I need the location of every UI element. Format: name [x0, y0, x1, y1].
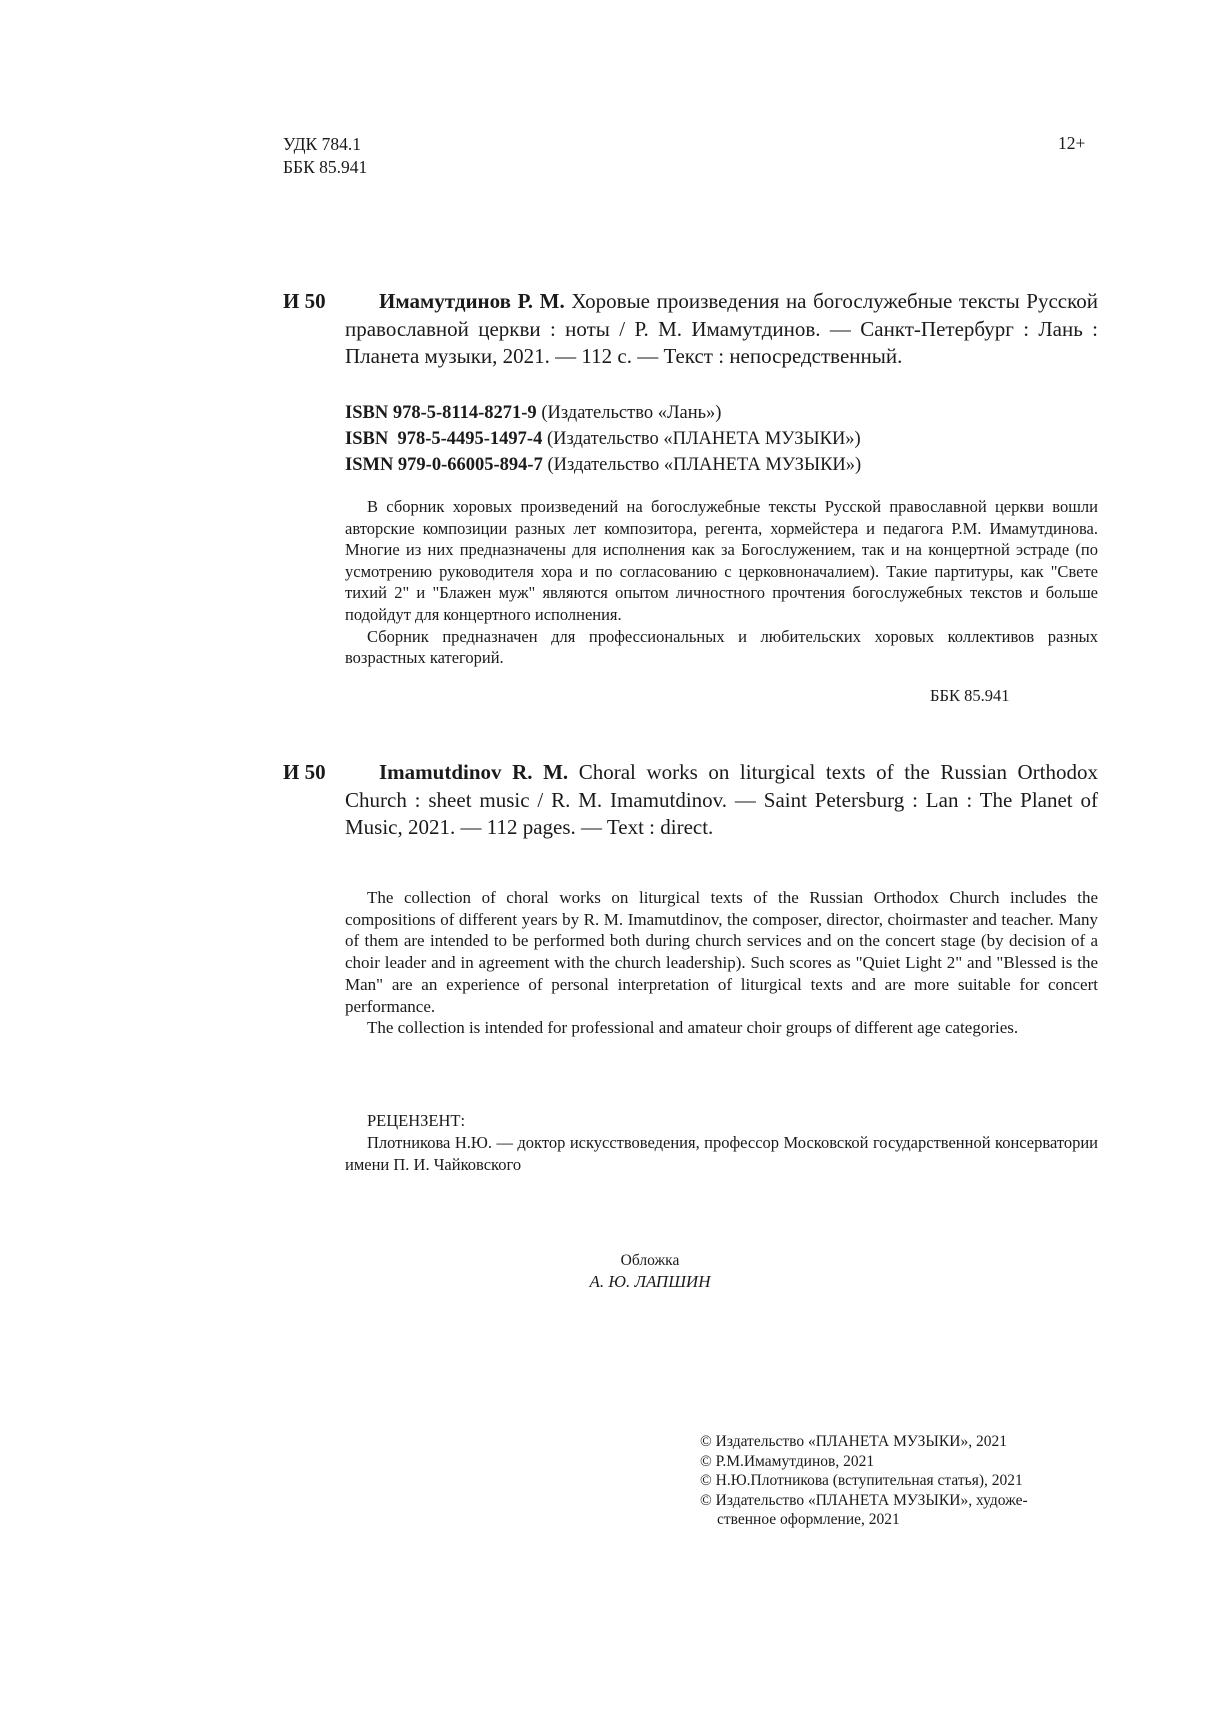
copyright-line: © Издательство «ПЛАНЕТА МУЗЫКИ», 2021 — [700, 1432, 1028, 1452]
reviewer-label: РЕЦЕНЗЕНТ: — [367, 1110, 1098, 1132]
copyright-line: © Н.Ю.Плотникова (вступительная статья),… — [700, 1471, 1028, 1491]
copyright-line: © Издательство «ПЛАНЕТА МУЗЫКИ», художе- — [700, 1491, 1028, 1511]
bibliographic-entry-en: И 50 Imamutdinov R. M. Choral works on l… — [283, 759, 1098, 842]
entry-author: Imamutdinov R. M. — [379, 760, 568, 784]
bbk-footer: ББК 85.941 — [930, 686, 1009, 706]
age-rating: 12+ — [1058, 133, 1085, 154]
abstract-paragraph: The collection is intended for professio… — [345, 1017, 1098, 1039]
identifier-row: ISMN 979-0-66005-894-7 (Издательство «ПЛ… — [345, 452, 861, 478]
abstract-en: The collection of choral works on liturg… — [345, 887, 1098, 1039]
entry-author: Имамутдинов Р. М. — [379, 289, 565, 313]
identifier-row: ISBN 978-5-4495-1497-4 (Издательство «ПЛ… — [345, 426, 861, 452]
bibliographic-entry-ru: И 50 Имамутдинов Р. М. Хоровые произведе… — [283, 288, 1098, 371]
identifier-list: ISBN 978-5-8114-8271-9 (Издательство «Ла… — [345, 400, 861, 478]
bbk-code: ББК 85.941 — [283, 156, 367, 179]
entry-code: И 50 — [283, 759, 326, 787]
udk-code: УДК 784.1 — [283, 133, 367, 156]
cover-credit: Обложка А. Ю. ЛАПШИН — [500, 1250, 800, 1292]
identifier-row: ISBN 978-5-8114-8271-9 (Издательство «Ла… — [345, 400, 861, 426]
entry-code: И 50 — [283, 288, 326, 316]
abstract-paragraph: The collection of choral works on liturg… — [345, 887, 1098, 1017]
abstract-paragraph: Сборник предназначен для профессиональны… — [345, 626, 1098, 669]
copyright-list: © Издательство «ПЛАНЕТА МУЗЫКИ», 2021 © … — [700, 1432, 1028, 1530]
copyright-line: ственное оформление, 2021 — [700, 1510, 1028, 1530]
copyright-line: © Р.М.Имамутдинов, 2021 — [700, 1452, 1028, 1472]
abstract-paragraph: В сборник хоровых произведений на богосл… — [345, 496, 1098, 626]
cover-designer: А. Ю. ЛАПШИН — [500, 1271, 800, 1292]
reviewer-section: РЕЦЕНЗЕНТ: Плотникова Н.Ю. — доктор иску… — [345, 1110, 1098, 1175]
abstract-ru: В сборник хоровых произведений на богосл… — [345, 496, 1098, 669]
cover-label: Обложка — [500, 1250, 800, 1271]
classification-codes: УДК 784.1 ББК 85.941 — [283, 133, 367, 179]
reviewer-text: Плотникова Н.Ю. — доктор искусствоведени… — [345, 1132, 1098, 1176]
